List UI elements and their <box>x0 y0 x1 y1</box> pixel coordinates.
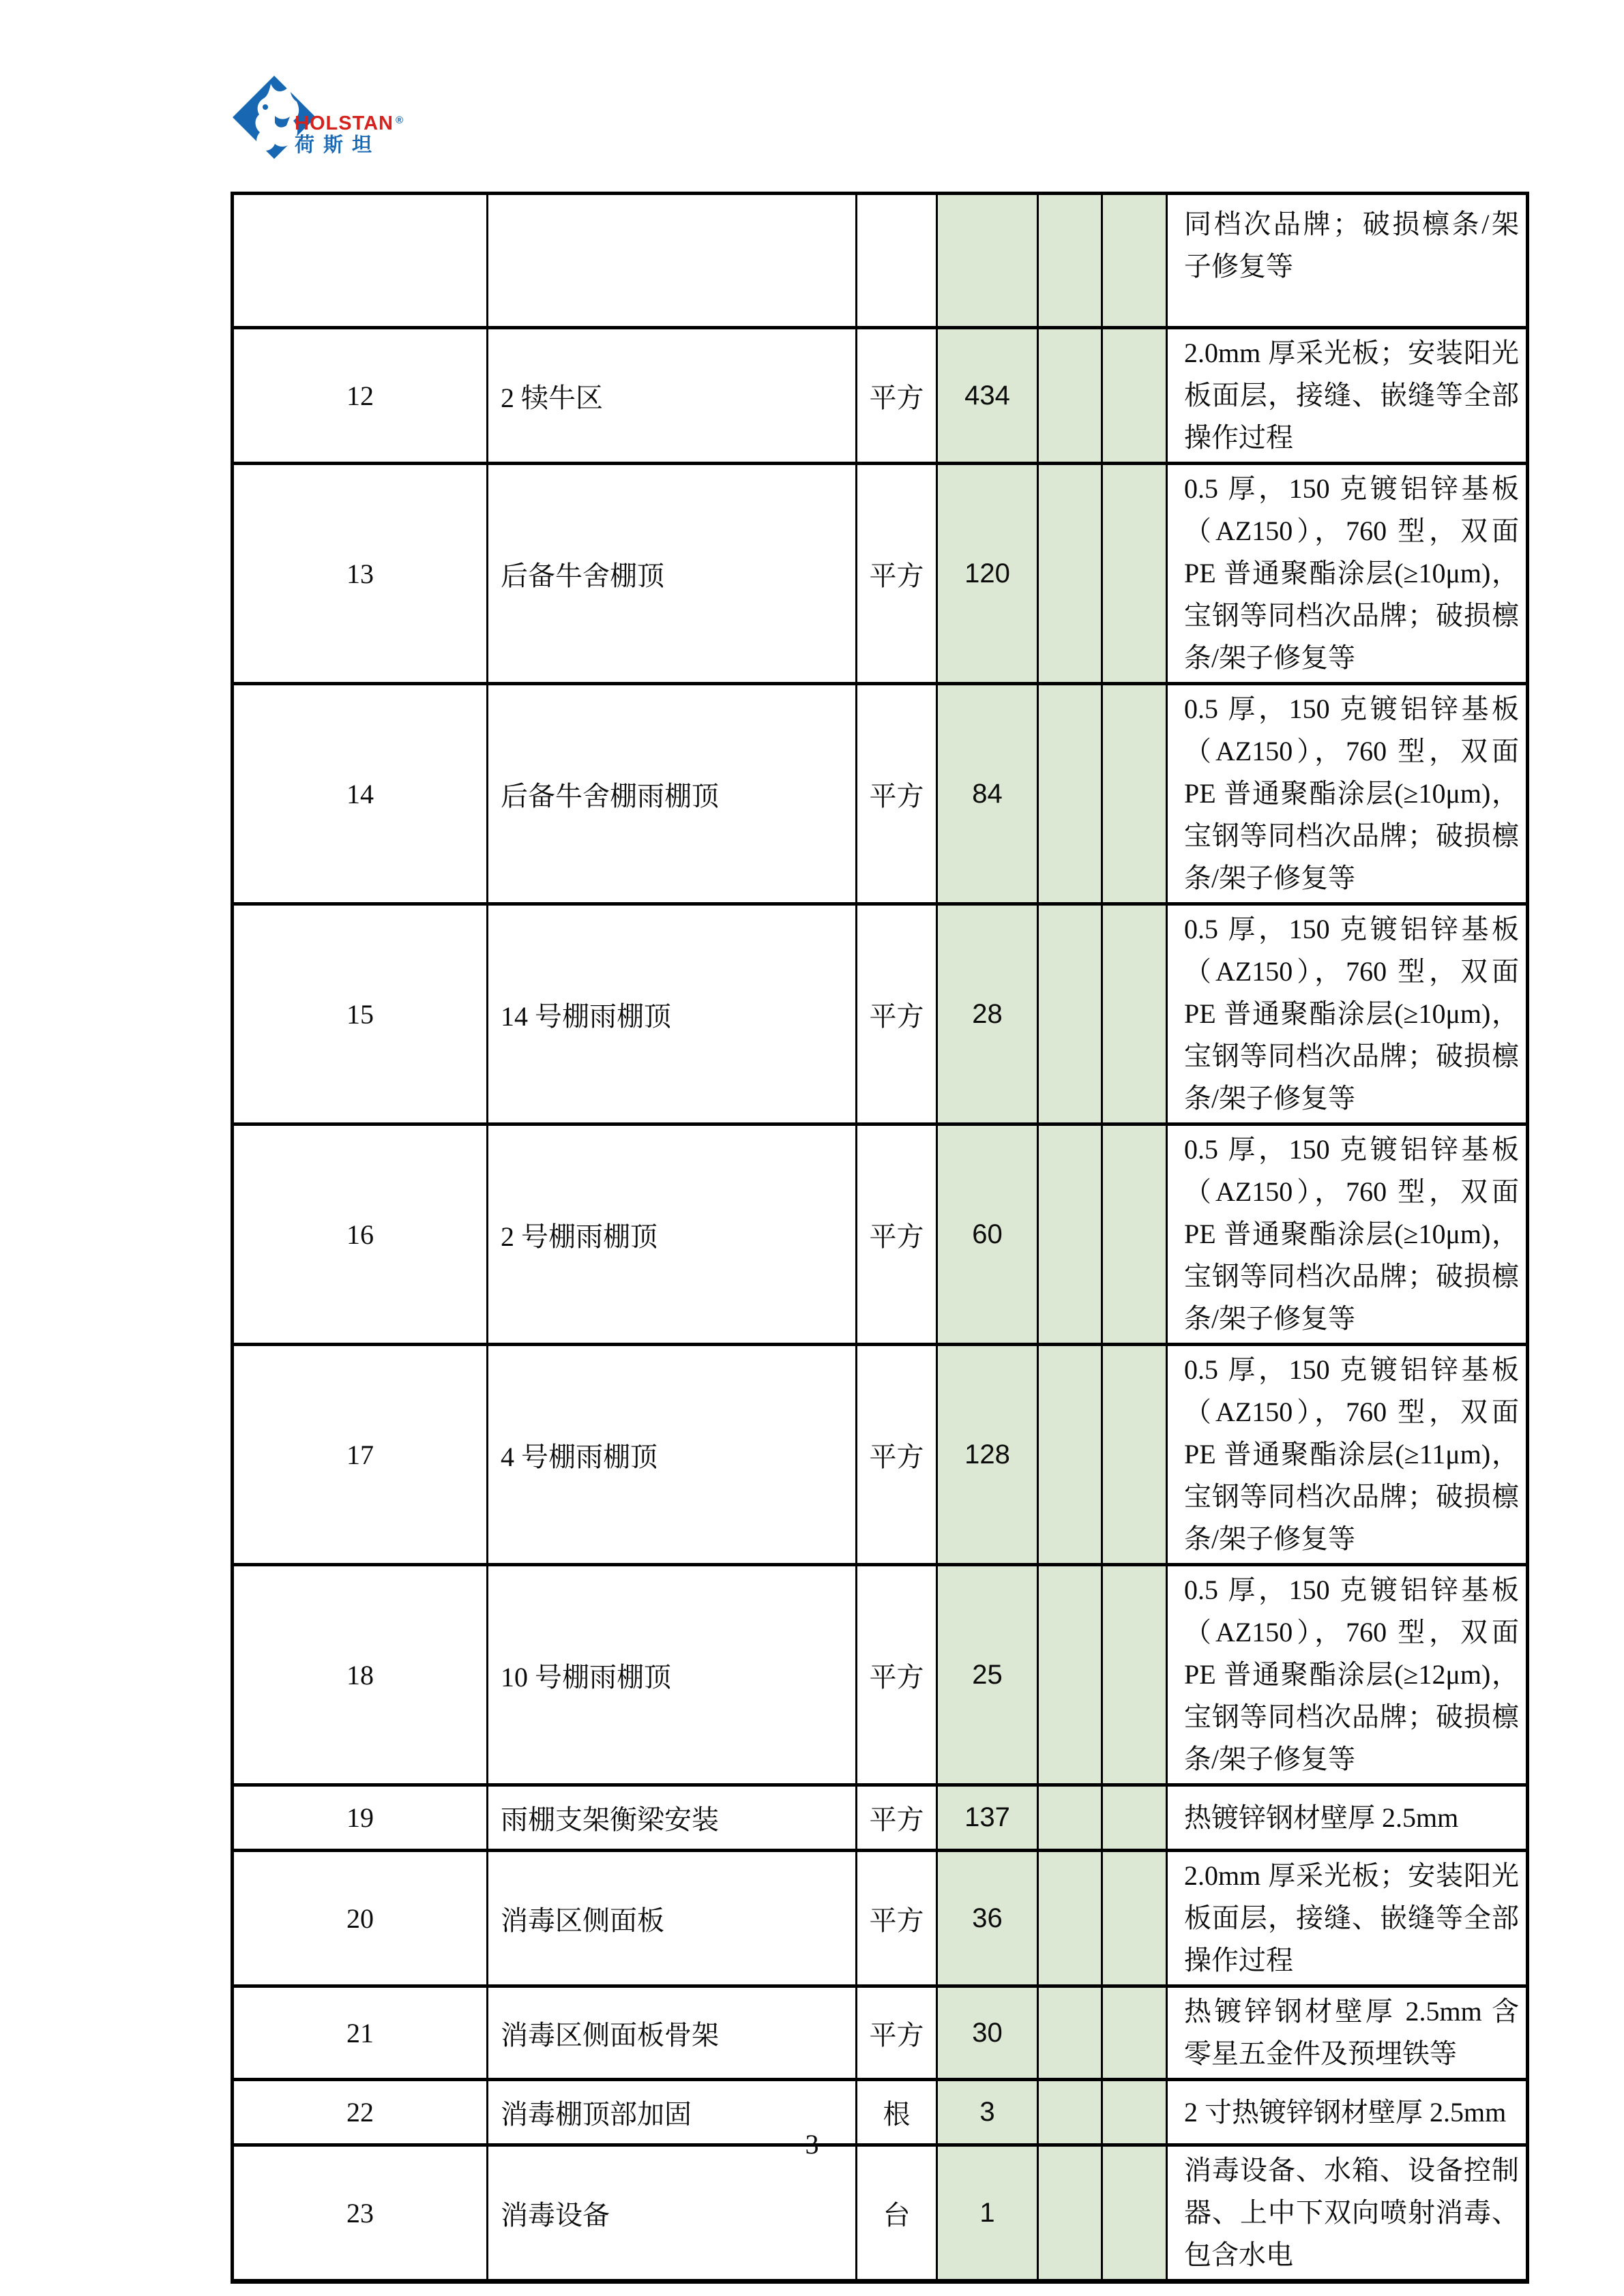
blank-cell-2 <box>1102 1565 1167 1785</box>
item-qty-cell: 36 <box>937 1851 1038 1986</box>
item-desc-cell: 2.0mm 厚采光板；安装阳光板面层，接缝、嵌缝等全部操作过程 <box>1167 328 1528 464</box>
item-qty-cell: 28 <box>937 904 1038 1124</box>
item-unit-cell: 平方 <box>857 464 937 684</box>
blank-cell-1 <box>1038 1345 1102 1565</box>
blank-cell-1 <box>1038 1986 1102 2080</box>
item-name-cell: 10 号棚雨棚顶 <box>488 1565 857 1785</box>
item-name-cell <box>488 194 857 328</box>
table-row: 1514 号棚雨棚顶平方280.5 厚，150 克镀铝锌基板（AZ150），76… <box>233 904 1528 1124</box>
item-name-cell: 雨棚支架衡梁安装 <box>488 1785 857 1851</box>
blank-cell-2 <box>1102 1851 1167 1986</box>
item-desc-cell: 0.5 厚，150 克镀铝锌基板（AZ150），760 型，双面 PE 普通聚酯… <box>1167 1345 1528 1565</box>
table-row: 20消毒区侧面板平方362.0mm 厚采光板；安装阳光板面层，接缝、嵌缝等全部操… <box>233 1851 1528 1986</box>
boq-table-body: 同档次品牌；破损檩条/架子修复等122 犊牛区平方4342.0mm 厚采光板；安… <box>233 194 1528 2282</box>
blank-cell-2 <box>1102 1785 1167 1851</box>
blank-cell-2 <box>1102 904 1167 1124</box>
registered-trademark-icon: ® <box>396 115 404 126</box>
item-unit-cell <box>857 194 937 328</box>
item-no-cell: 20 <box>233 1851 488 1986</box>
blank-cell-2 <box>1102 1986 1167 2080</box>
item-name-cell: 2 号棚雨棚顶 <box>488 1124 857 1345</box>
document-page: HOLSTAN® 荷斯坦 同档次品牌；破损檩条/架子修复等122 犊牛区平方43… <box>0 0 1624 2296</box>
item-desc-cell: 2.0mm 厚采光板；安装阳光板面层，接缝、嵌缝等全部操作过程 <box>1167 1851 1528 1986</box>
table-row: 162 号棚雨棚顶平方600.5 厚，150 克镀铝锌基板（AZ150），760… <box>233 1124 1528 1345</box>
item-desc-cell: 0.5 厚，150 克镀铝锌基板（AZ150），760 型，双面 PE 普通聚酯… <box>1167 684 1528 904</box>
item-no-cell: 19 <box>233 1785 488 1851</box>
logo-text: HOLSTAN® 荷斯坦 <box>295 110 404 156</box>
table-row: 174 号棚雨棚顶平方1280.5 厚，150 克镀铝锌基板（AZ150），76… <box>233 1345 1528 1565</box>
item-no-cell <box>233 194 488 328</box>
item-unit-cell: 平方 <box>857 1986 937 2080</box>
blank-cell-1 <box>1038 1851 1102 1986</box>
item-unit-cell: 平方 <box>857 904 937 1124</box>
item-desc-cell: 热镀锌钢材壁厚 2.5mm <box>1167 1785 1528 1851</box>
item-desc-cell: 同档次品牌；破损檩条/架子修复等 <box>1167 194 1528 328</box>
item-qty-cell: 128 <box>937 1345 1038 1565</box>
table-row: 14后备牛舍棚雨棚顶平方840.5 厚，150 克镀铝锌基板（AZ150），76… <box>233 684 1528 904</box>
blank-cell-2 <box>1102 684 1167 904</box>
blank-cell-2 <box>1102 194 1167 328</box>
item-no-cell: 15 <box>233 904 488 1124</box>
table-row: 21消毒区侧面板骨架平方30热镀锌钢材壁厚 2.5mm 含零星五金件及预埋铁等 <box>233 1986 1528 2080</box>
item-qty-cell: 434 <box>937 328 1038 464</box>
item-unit-cell: 平方 <box>857 1851 937 1986</box>
item-no-cell: 18 <box>233 1565 488 1785</box>
item-desc-cell: 热镀锌钢材壁厚 2.5mm 含零星五金件及预埋铁等 <box>1167 1986 1528 2080</box>
item-desc-cell: 0.5 厚，150 克镀铝锌基板（AZ150），760 型，双面 PE 普通聚酯… <box>1167 1565 1528 1785</box>
item-unit-cell: 平方 <box>857 684 937 904</box>
item-no-cell: 16 <box>233 1124 488 1345</box>
item-qty-cell: 120 <box>937 464 1038 684</box>
item-desc-cell: 0.5 厚，150 克镀铝锌基板（AZ150），760 型，双面 PE 普通聚酯… <box>1167 904 1528 1124</box>
item-qty-cell: 25 <box>937 1565 1038 1785</box>
item-no-cell: 13 <box>233 464 488 684</box>
logo-brand-latin: HOLSTAN <box>295 113 394 134</box>
carryover-row: 同档次品牌；破损檩条/架子修复等 <box>233 194 1528 328</box>
item-name-cell: 消毒区侧面板骨架 <box>488 1986 857 2080</box>
blank-cell-2 <box>1102 1345 1167 1565</box>
boq-table: 同档次品牌；破损檩条/架子修复等122 犊牛区平方4342.0mm 厚采光板；安… <box>231 192 1529 2284</box>
item-name-cell: 2 犊牛区 <box>488 328 857 464</box>
item-qty-cell: 137 <box>937 1785 1038 1851</box>
table-row: 19雨棚支架衡梁安装平方137热镀锌钢材壁厚 2.5mm <box>233 1785 1528 1851</box>
item-desc-cell: 0.5 厚，150 克镀铝锌基板（AZ150），760 型，双面 PE 普通聚酯… <box>1167 1124 1528 1345</box>
item-name-cell: 4 号棚雨棚顶 <box>488 1345 857 1565</box>
blank-cell-1 <box>1038 1124 1102 1345</box>
logo-brand: HOLSTAN® <box>295 110 404 134</box>
item-no-cell: 17 <box>233 1345 488 1565</box>
item-unit-cell: 平方 <box>857 1785 937 1851</box>
item-name-cell: 后备牛舍棚雨棚顶 <box>488 684 857 904</box>
blank-cell-1 <box>1038 684 1102 904</box>
blank-cell-2 <box>1102 464 1167 684</box>
item-no-cell: 21 <box>233 1986 488 2080</box>
blank-cell-1 <box>1038 194 1102 328</box>
item-qty-cell: 60 <box>937 1124 1038 1345</box>
item-no-cell: 12 <box>233 328 488 464</box>
item-no-cell: 14 <box>233 684 488 904</box>
blank-cell-2 <box>1102 328 1167 464</box>
item-unit-cell: 平方 <box>857 1124 937 1345</box>
blank-cell-1 <box>1038 328 1102 464</box>
table-row: 13后备牛舍棚顶平方1200.5 厚，150 克镀铝锌基板（AZ150），760… <box>233 464 1528 684</box>
item-unit-cell: 平方 <box>857 328 937 464</box>
table-row: 122 犊牛区平方4342.0mm 厚采光板；安装阳光板面层，接缝、嵌缝等全部操… <box>233 328 1528 464</box>
item-qty-cell: 84 <box>937 684 1038 904</box>
page-number: 3 <box>0 2123 1624 2166</box>
item-unit-cell: 平方 <box>857 1345 937 1565</box>
item-qty-cell <box>937 194 1038 328</box>
table-row: 1810 号棚雨棚顶平方250.5 厚，150 克镀铝锌基板（AZ150），76… <box>233 1565 1528 1785</box>
item-qty-cell: 30 <box>937 1986 1038 2080</box>
blank-cell-1 <box>1038 904 1102 1124</box>
item-name-cell: 消毒区侧面板 <box>488 1851 857 1986</box>
holstan-logo: HOLSTAN® 荷斯坦 <box>232 75 389 161</box>
item-name-cell: 后备牛舍棚顶 <box>488 464 857 684</box>
item-name-cell: 14 号棚雨棚顶 <box>488 904 857 1124</box>
blank-cell-1 <box>1038 464 1102 684</box>
blank-cell-2 <box>1102 1124 1167 1345</box>
blank-cell-1 <box>1038 1785 1102 1851</box>
item-unit-cell: 平方 <box>857 1565 937 1785</box>
item-desc-cell: 0.5 厚，150 克镀铝锌基板（AZ150），760 型，双面 PE 普通聚酯… <box>1167 464 1528 684</box>
blank-cell-1 <box>1038 1565 1102 1785</box>
logo-brand-chinese: 荷斯坦 <box>295 135 404 156</box>
